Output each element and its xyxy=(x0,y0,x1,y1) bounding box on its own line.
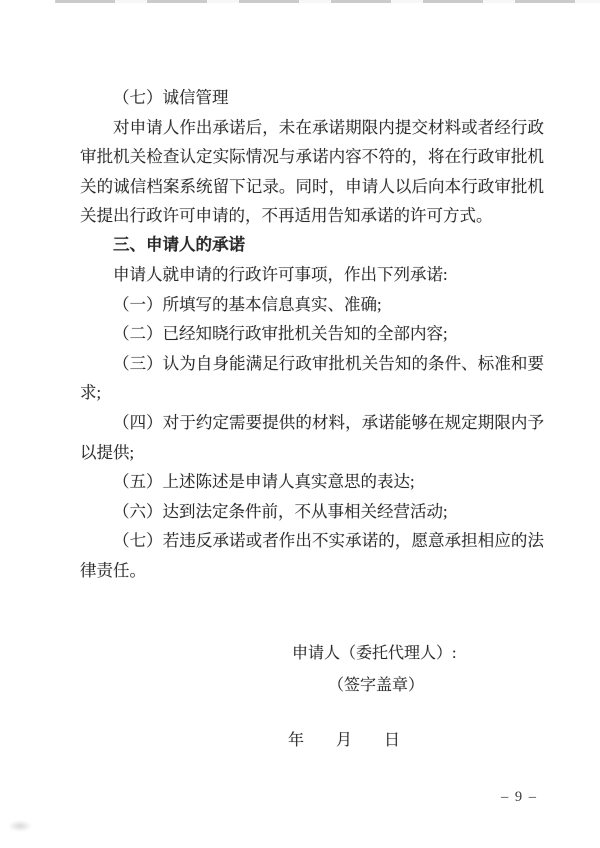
commitment-item-line: （七）若违反承诺或者作出不实承诺的，愿意承担相应的法 xyxy=(80,526,544,556)
signature-date-placeholder: 年 月 日 xyxy=(288,731,400,750)
scan-artifact-top xyxy=(55,0,600,3)
commitment-item-line: （一）所填写的基本信息真实、准确; xyxy=(80,290,544,320)
scan-artifact-smudge xyxy=(8,820,32,832)
page-number: – 9 – xyxy=(501,789,538,806)
commitment-item-line: （五）上述陈述是申请人真实意思的表达; xyxy=(80,467,544,497)
commitment-item-line: （二）已经知晓行政审批机关告知的全部内容; xyxy=(80,319,544,349)
commitment-item-line: （四）对于约定需要提供的材料，承诺能够在规定期限内予 xyxy=(80,408,544,438)
signature-seal-note: （签字盖章） xyxy=(328,676,424,695)
commitment-item-line: 以提供; xyxy=(80,438,544,468)
integrity-section-heading: （七）诚信管理 xyxy=(80,83,544,113)
integrity-paragraph-line: 关的诚信档案系统留下记录。同时，申请人以后向本行政审批机 xyxy=(80,172,544,202)
commitment-item-line: （三）认为自身能满足行政审批机关告知的条件、标准和要 xyxy=(80,349,544,379)
commitment-item-line: 律责任。 xyxy=(80,556,544,586)
integrity-paragraph-line: 关提出行政许可申请的，不再适用告知承诺的许可方式。 xyxy=(80,201,544,231)
signature-signer-label: 申请人（委托代理人）: xyxy=(292,644,456,663)
document-body: （七）诚信管理 对申请人作出承诺后，未在承诺期限内提交材料或者经行政 审批机关检… xyxy=(80,83,544,585)
commitment-item-line: 求; xyxy=(80,378,544,408)
commitment-intro-line: 申请人就申请的行政许可事项，作出下列承诺: xyxy=(80,260,544,290)
document-page: （七）诚信管理 对申请人作出承诺后，未在承诺期限内提交材料或者经行政 审批机关检… xyxy=(0,0,600,848)
commitment-item-line: （六）达到法定条件前，不从事相关经营活动; xyxy=(80,497,544,527)
integrity-paragraph-line: 对申请人作出承诺后，未在承诺期限内提交材料或者经行政 xyxy=(80,113,544,143)
integrity-paragraph-line: 审批机关检查认定实际情况与承诺内容不符的，将在行政审批机 xyxy=(80,142,544,172)
commitment-section-heading: 三、申请人的承诺 xyxy=(80,231,544,261)
